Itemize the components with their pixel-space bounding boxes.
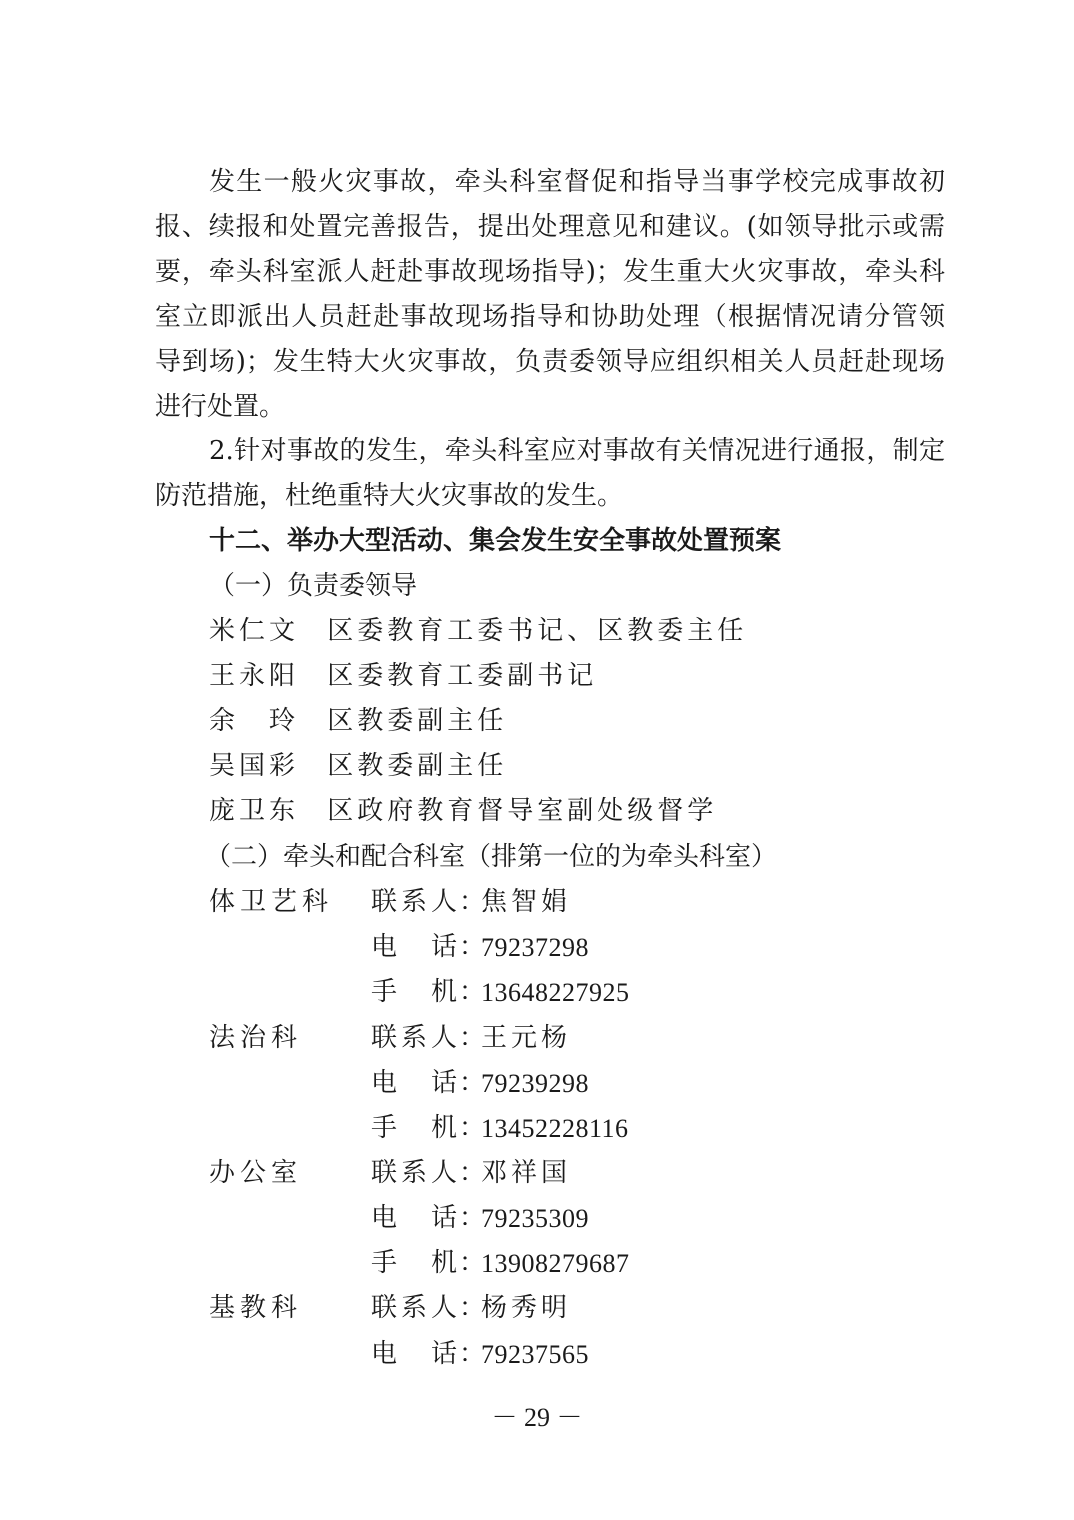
contact-label: 联系人 (371, 880, 466, 925)
paragraph-line: 室立即派出人员赶赴事故现场指导和协助处理（根据情况请分管领 (155, 295, 945, 340)
leader-name: 余 玲 (209, 699, 319, 744)
leader-role: 区教委副主任 (327, 744, 507, 789)
phone-number: 79235309 (481, 1196, 589, 1241)
leader-row: 余 玲 区教委副主任 (209, 699, 507, 744)
leader-row: 庞卫东 区政府教育督导室副处级督学 (209, 789, 717, 834)
section-heading: 十二、举办大型活动、集会发生安全事故处置预案 (209, 519, 945, 564)
phone-number: 79239298 (481, 1061, 589, 1106)
phone-label: 电 话 (371, 925, 466, 970)
mobile-label: 手 机 (371, 1106, 466, 1151)
contact-name: 邓祥国 (481, 1151, 571, 1196)
paragraph-line: 2.针对事故的发生，牵头科室应对事故有关情况进行通报，制定 (209, 429, 945, 474)
mobile-number: 13648227925 (481, 970, 630, 1015)
leader-name: 王永阳 (209, 654, 319, 699)
subsection-title: （二）牵头和配合科室（排第一位的为牵头科室） (205, 835, 941, 880)
paragraph-line: 导到场)；发生特大火灾事故，负责委领导应组织相关人员赶赴现场 (155, 340, 945, 385)
leader-role: 区教委副主任 (327, 699, 507, 744)
leader-row: 米仁文 区委教育工委书记、区教委主任 (209, 609, 747, 654)
paragraph-line: 报、续报和处置完善报告，提出处理意见和建议。(如领导批示或需 (155, 205, 945, 250)
phone-label: 电 话 (371, 1196, 466, 1241)
leader-name: 庞卫东 (209, 789, 319, 834)
paragraph-line: 进行处置。 (155, 385, 945, 430)
mobile-label: 手 机 (371, 970, 466, 1015)
mobile-label: 手 机 (371, 1241, 466, 1286)
contact-name: 焦智娟 (481, 880, 571, 925)
leader-role: 区委教育工委副书记 (327, 654, 597, 699)
contact-name: 王元杨 (481, 1016, 571, 1061)
mobile-number: 13452228116 (481, 1106, 629, 1151)
subsection-title: （一）负责委领导 (209, 564, 945, 609)
leader-role: 区政府教育督导室副处级督学 (327, 789, 717, 834)
department-name: 法治科 (209, 1016, 302, 1061)
department-name: 办公室 (209, 1151, 302, 1196)
leader-role: 区委教育工委书记、区教委主任 (327, 609, 747, 654)
contact-label: 联系人 (371, 1016, 466, 1061)
phone-label: 电 话 (371, 1332, 466, 1377)
department-name: 基教科 (209, 1286, 302, 1331)
document-page: 发生一般火灾事故，牵头科室督促和指导当事学校完成事故初 报、续报和处置完善报告，… (0, 0, 1074, 1520)
contact-label: 联系人 (371, 1286, 466, 1331)
leader-name: 吴国彩 (209, 744, 319, 789)
page-number: － 29 － (0, 1397, 1074, 1434)
phone-label: 电 话 (371, 1061, 466, 1106)
leader-name: 米仁文 (209, 609, 319, 654)
contact-name: 杨秀明 (481, 1286, 571, 1331)
contact-label: 联系人 (371, 1151, 466, 1196)
paragraph-line: 发生一般火灾事故，牵头科室督促和指导当事学校完成事故初 (209, 160, 945, 205)
mobile-number: 13908279687 (481, 1241, 630, 1286)
leader-row: 王永阳 区委教育工委副书记 (209, 654, 597, 699)
leader-row: 吴国彩 区教委副主任 (209, 744, 507, 789)
paragraph-line: 防范措施，杜绝重特大火灾事故的发生。 (155, 474, 945, 519)
department-name: 体卫艺科 (209, 880, 333, 925)
phone-number: 79237298 (481, 925, 589, 970)
paragraph-line: 要，牵头科室派人赶赴事故现场指导)；发生重大火灾事故，牵头科 (155, 250, 945, 295)
phone-number: 79237565 (481, 1332, 589, 1377)
